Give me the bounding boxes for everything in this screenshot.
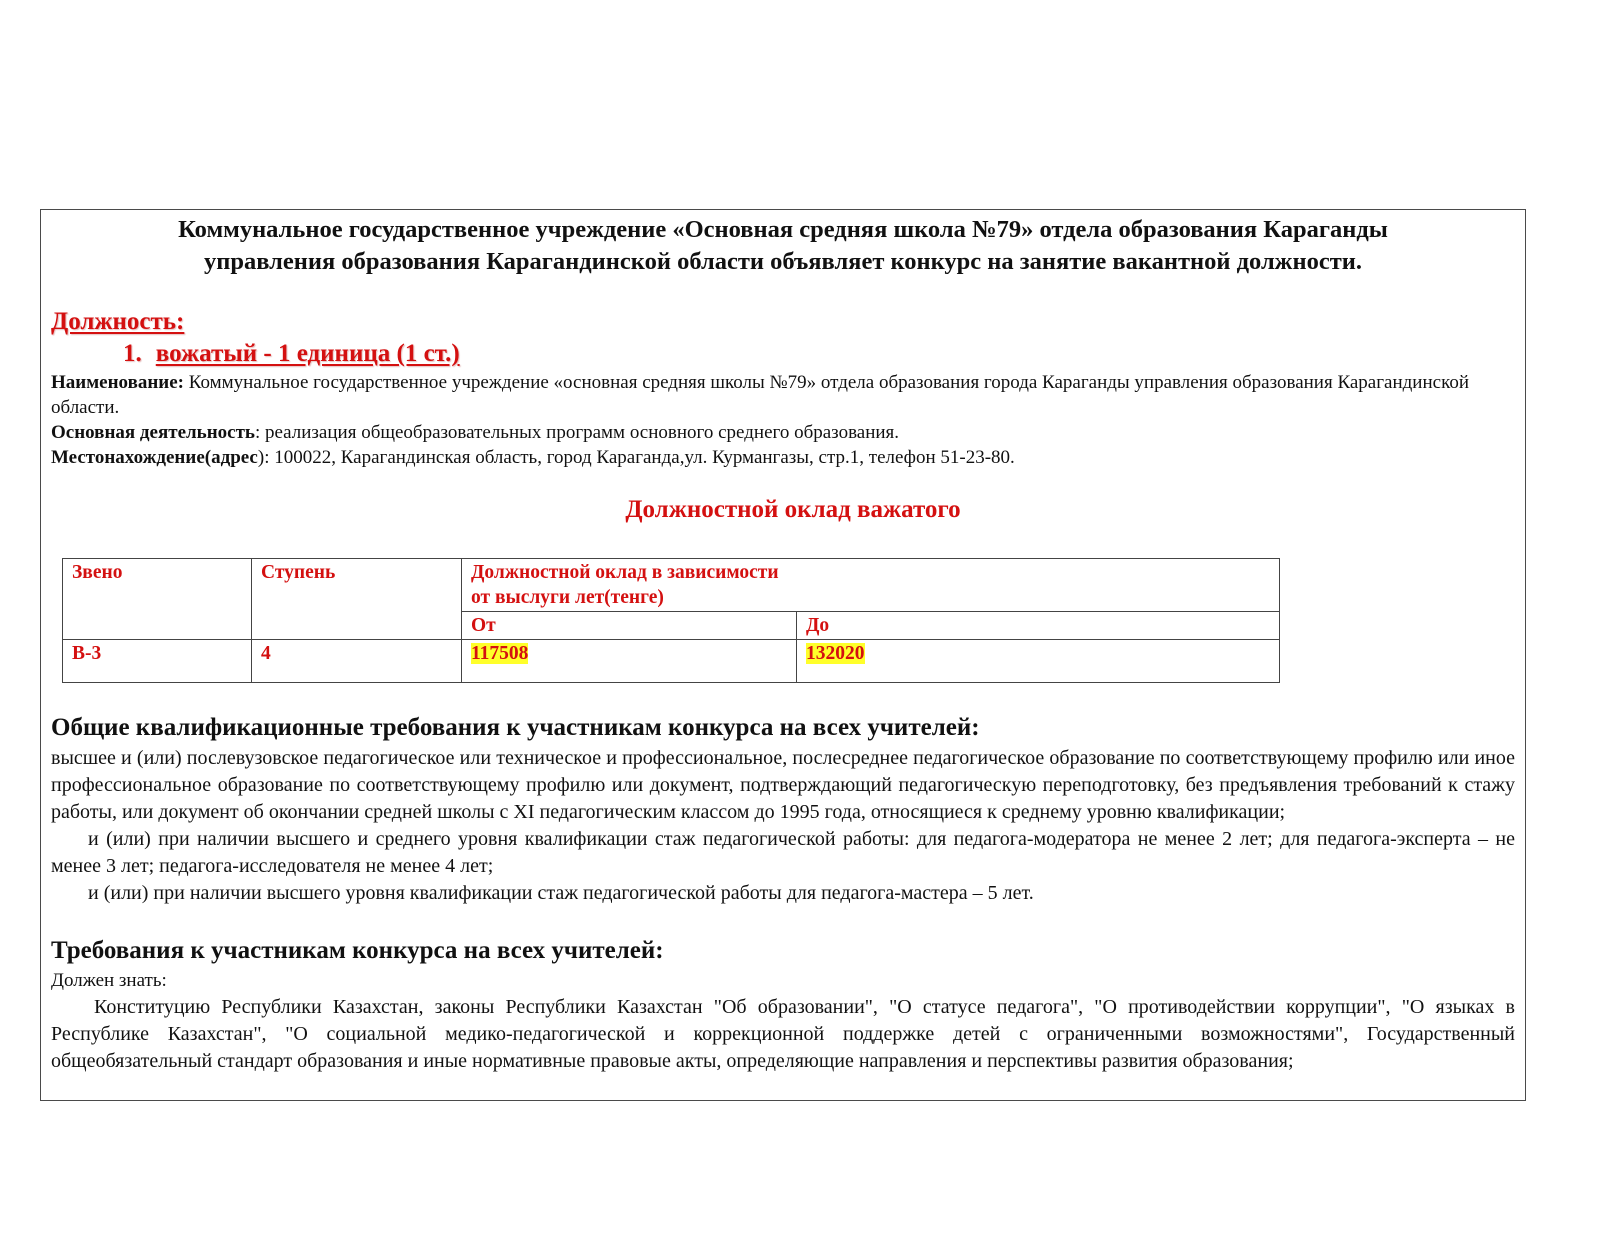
- header-salary-line-2: от выслуги лет(тенге): [471, 585, 1270, 610]
- salary-to-value: 132020: [806, 643, 865, 664]
- general-requirements-heading: Общие квалификационные требования к учас…: [51, 713, 980, 743]
- header-to: До: [797, 612, 1280, 640]
- general-req-paragraph-1: высшее и (или) послевузовское педагогиче…: [51, 745, 1515, 826]
- header-tier: Звено: [63, 559, 252, 640]
- cell-level: 4: [252, 640, 462, 683]
- salary-title: Должностной оклад важатого: [41, 496, 1525, 524]
- header-salary: Должностной оклад в зависимости от выслу…: [462, 559, 1280, 612]
- general-requirements-body: высшее и (или) послевузовское педагогиче…: [51, 745, 1515, 907]
- info-address-value: ): 100022, Карагандинская область, город…: [258, 447, 1015, 468]
- table-header-row: Звено Ступень Должностной оклад в зависи…: [63, 559, 1280, 612]
- info-address-label: Местонахождение(адрес: [51, 447, 258, 468]
- organization-info: Наименование: Коммунальное государственн…: [51, 370, 1515, 470]
- info-name-label: Наименование:: [51, 372, 184, 393]
- info-name-value: Коммунальное государственное учреждение …: [51, 372, 1469, 418]
- info-activity-value: : реализация общеобразовательных програм…: [255, 422, 899, 443]
- info-name: Наименование: Коммунальное государственн…: [51, 370, 1515, 420]
- position-item: 1.вожатый - 1 единица (1 ст.): [123, 340, 460, 368]
- document-frame: Коммунальное государственное учреждение …: [40, 209, 1526, 1101]
- info-activity: Основная деятельность: реализация общеоб…: [51, 420, 1515, 445]
- document-title: Коммунальное государственное учреждение …: [41, 214, 1525, 278]
- salary-from-value: 117508: [471, 643, 528, 664]
- general-req-paragraph-3: и (или) при наличии высшего уровня квали…: [51, 880, 1515, 907]
- header-salary-line-1: Должностной оклад в зависимости: [471, 560, 1270, 585]
- cell-tier: В-3: [63, 640, 252, 683]
- position-heading: Должность:: [51, 308, 184, 336]
- participant-requirements-body: Должен знать: Конституцию Республики Каз…: [51, 967, 1515, 1075]
- header-from: От: [462, 612, 797, 640]
- salary-table: Звено Ступень Должностной оклад в зависи…: [62, 558, 1280, 683]
- must-know-label: Должен знать:: [51, 967, 1515, 994]
- table-row: В-3 4 117508 132020: [63, 640, 1280, 683]
- title-line-2: управления образования Карагандинской об…: [41, 246, 1525, 278]
- info-activity-label: Основная деятельность: [51, 422, 255, 443]
- position-number: 1.: [123, 340, 142, 367]
- header-level: Ступень: [252, 559, 462, 640]
- participant-req-paragraph: Конституцию Республики Казахстан, законы…: [51, 994, 1515, 1075]
- title-line-1: Коммунальное государственное учреждение …: [41, 214, 1525, 246]
- position-text: вожатый - 1 единица (1 ст.): [156, 340, 460, 367]
- general-req-paragraph-2: и (или) при наличии высшего и среднего у…: [51, 826, 1515, 880]
- participant-requirements-heading: Требования к участникам конкурса на всех…: [51, 936, 664, 966]
- info-address: Местонахождение(адрес): 100022, Караганд…: [51, 445, 1515, 470]
- cell-from: 117508: [462, 640, 797, 683]
- cell-to: 132020: [797, 640, 1280, 683]
